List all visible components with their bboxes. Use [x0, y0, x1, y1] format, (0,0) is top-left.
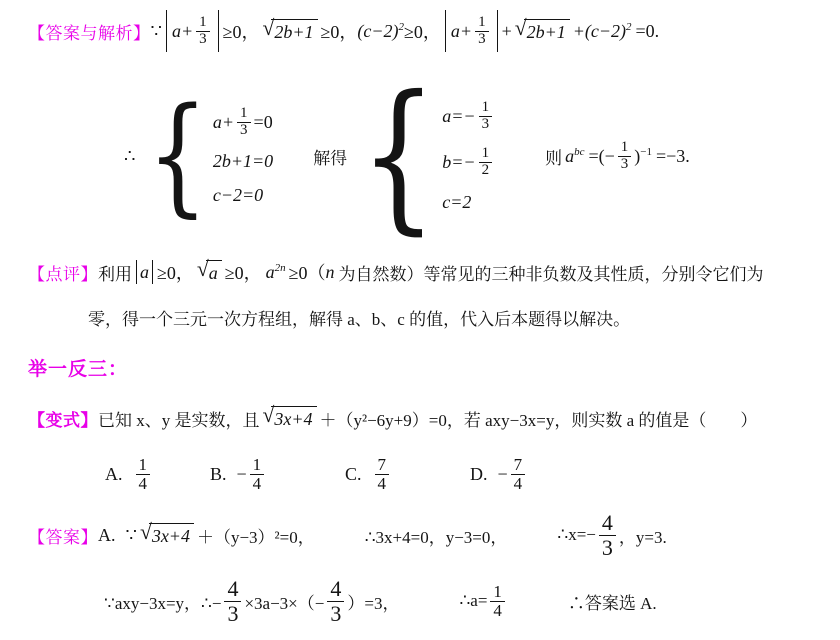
fraction-one-half: 12	[479, 146, 493, 179]
fraction-four-thirds: 43	[327, 577, 344, 624]
use-text: 利用	[98, 260, 132, 285]
geq-zero: ≥0，	[157, 259, 194, 285]
fraction-one-fourth: 14	[250, 456, 265, 493]
comment-text-1: 为自然数）等常见的三种非负数及其性质，分别令它们为	[339, 260, 764, 285]
since-symbol: ∵	[126, 525, 137, 546]
option-a-label: A.	[105, 464, 123, 485]
geq-zero: ≥0，	[223, 18, 260, 44]
fraction-seven-fourths: 74	[511, 456, 526, 493]
answer-seg-3: ∴x=−	[557, 525, 596, 545]
final-seg-5: ∴答案选 A.	[568, 589, 657, 614]
square-root-a: √ a	[197, 260, 222, 284]
answer-seg-1: ＋（y−3）²=0，	[197, 523, 315, 548]
variant-intro: 已知 x、y 是实数，且	[98, 406, 260, 431]
equation-column: a+ 13 =0 2b+1=0 c−2=0	[213, 100, 273, 212]
c-squared-expression: (c−2)2	[357, 21, 404, 42]
final-seg-1: ∵axy−3x=y，∴−	[104, 589, 221, 614]
answer-seg-2: ∴3x+4=0，y−3=0，	[365, 523, 508, 548]
option-c: C. 74	[345, 448, 392, 500]
option-d-label: D.	[470, 464, 488, 485]
final-seg-4: ∴a=	[459, 591, 487, 611]
right-system-brace: {	[360, 75, 437, 237]
a-power-2n: a2n	[266, 262, 286, 283]
fraction-one-fourth: 14	[490, 583, 505, 620]
minus-sign: −	[237, 464, 247, 485]
geq-zero: ≥0，	[404, 18, 441, 44]
equation-2: 2b+1=0	[213, 144, 273, 178]
n-variable: n	[326, 262, 335, 283]
fraction-one-third: 13	[196, 15, 210, 48]
since-symbol: ∵	[151, 21, 162, 42]
label-answer: 【答案】	[28, 523, 98, 548]
final-seg-2: ×3a−3×（−	[244, 589, 324, 614]
fraction-one-third: 13	[237, 106, 251, 139]
fraction-one-fourth: 14	[136, 456, 151, 493]
option-d: D. − 74	[470, 448, 528, 500]
comment-text-2: 零，得一个三元一次方程组，解得 a、b、c 的值，代入后本题得以解决。	[88, 305, 630, 330]
option-b: B. − 14	[210, 448, 267, 500]
left-system-brace: {	[148, 92, 209, 220]
therefore-symbol: ∴	[124, 146, 135, 167]
solution-2: b=− 12	[442, 139, 495, 185]
variant-tail: ＋（y²−6y+9）=0，若 axy−3x=y，则实数 a 的值是（ ）	[320, 406, 758, 431]
solution-1: a=− 13	[442, 93, 495, 139]
a-power-bc: abc	[565, 146, 584, 167]
fraction-one-third: 13	[618, 140, 632, 173]
geq-zero-paren: ≥0（	[289, 259, 326, 285]
equals-open-paren: =(−	[588, 146, 614, 167]
equals-zero: =0.	[636, 21, 660, 42]
absolute-value-expression: a+ 13	[445, 10, 498, 52]
solution-column: a=− 13 b=− 12 c=2	[442, 93, 495, 219]
variant-problem-line: 【变式】 已知 x、y 是实数，且 √ 3x+4 ＋（y²−6y+9）=0，若 …	[28, 396, 757, 440]
geq-zero: ≥0，	[321, 18, 358, 44]
equals-neg-three: =−3.	[656, 146, 690, 167]
solve-label: 解得	[313, 144, 347, 169]
label-comment: 【点评】	[28, 260, 98, 285]
option-a: A. 14	[105, 448, 153, 500]
equation-3: c−2=0	[213, 178, 263, 212]
close-paren-exponent: )−1	[634, 146, 652, 167]
equation-system-block: ∴ { a+ 13 =0 2b+1=0 c−2=0 解得 { a=− 13 b=…	[124, 72, 690, 240]
equation-1: a+ 13 =0	[213, 100, 273, 144]
answer-line: 【答案】 A. ∵ √ 3x+4 ＋（y−3）²=0， ∴3x+4=0，y−3=…	[28, 506, 667, 564]
square-root-3x4: √ 3x+4	[140, 523, 194, 547]
square-root-expression: √ 2b+1	[515, 19, 570, 43]
label-answer-analysis: 【答案与解析】	[28, 19, 151, 44]
option-b-label: B.	[210, 464, 227, 485]
option-c-label: C.	[345, 464, 362, 485]
plus-c-squared: +(c−2)2	[573, 21, 632, 42]
final-seg-3: ）=3，	[347, 589, 399, 614]
fraction-one-third: 13	[479, 100, 493, 133]
answer-seg-4: ，y=3.	[619, 523, 667, 548]
label-variant: 【变式】	[28, 406, 98, 431]
fraction-one-third: 13	[475, 15, 489, 48]
section-heading-row: 举一反三：	[28, 352, 128, 382]
plus-symbol: +	[502, 21, 512, 42]
answer-choice: A.	[98, 525, 116, 546]
comment-line-2: 零，得一个三元一次方程组，解得 a、b、c 的值，代入后本题得以解决。	[88, 302, 630, 332]
fraction-seven-fourths: 74	[375, 456, 390, 493]
final-line: ∵axy−3x=y，∴− 43 ×3a−3×（− 43 ）=3， ∴a= 14 …	[104, 570, 657, 632]
minus-sign: −	[498, 464, 508, 485]
then-label: 则	[545, 144, 562, 169]
square-root-3x4: √ 3x+4	[263, 406, 317, 430]
absolute-value-expression: a+ 13	[166, 10, 219, 52]
square-root-expression: √ 2b+1	[263, 19, 318, 43]
section-heading: 举一反三：	[28, 354, 128, 381]
solution-3: c=2	[442, 185, 471, 219]
fraction-four-thirds: 43	[224, 577, 241, 624]
geq-zero: ≥0，	[225, 259, 262, 285]
solution-line: 【答案与解析】 ∵ a+ 13 ≥0， √ 2b+1 ≥0， (c−2)2 ≥0…	[28, 6, 659, 56]
absolute-value-a: a	[136, 260, 153, 284]
fraction-four-thirds: 43	[599, 511, 616, 558]
comment-line-1: 【点评】 利用 a ≥0， √ a ≥0， a2n ≥0（ n 为自然数）等常见…	[28, 254, 764, 290]
